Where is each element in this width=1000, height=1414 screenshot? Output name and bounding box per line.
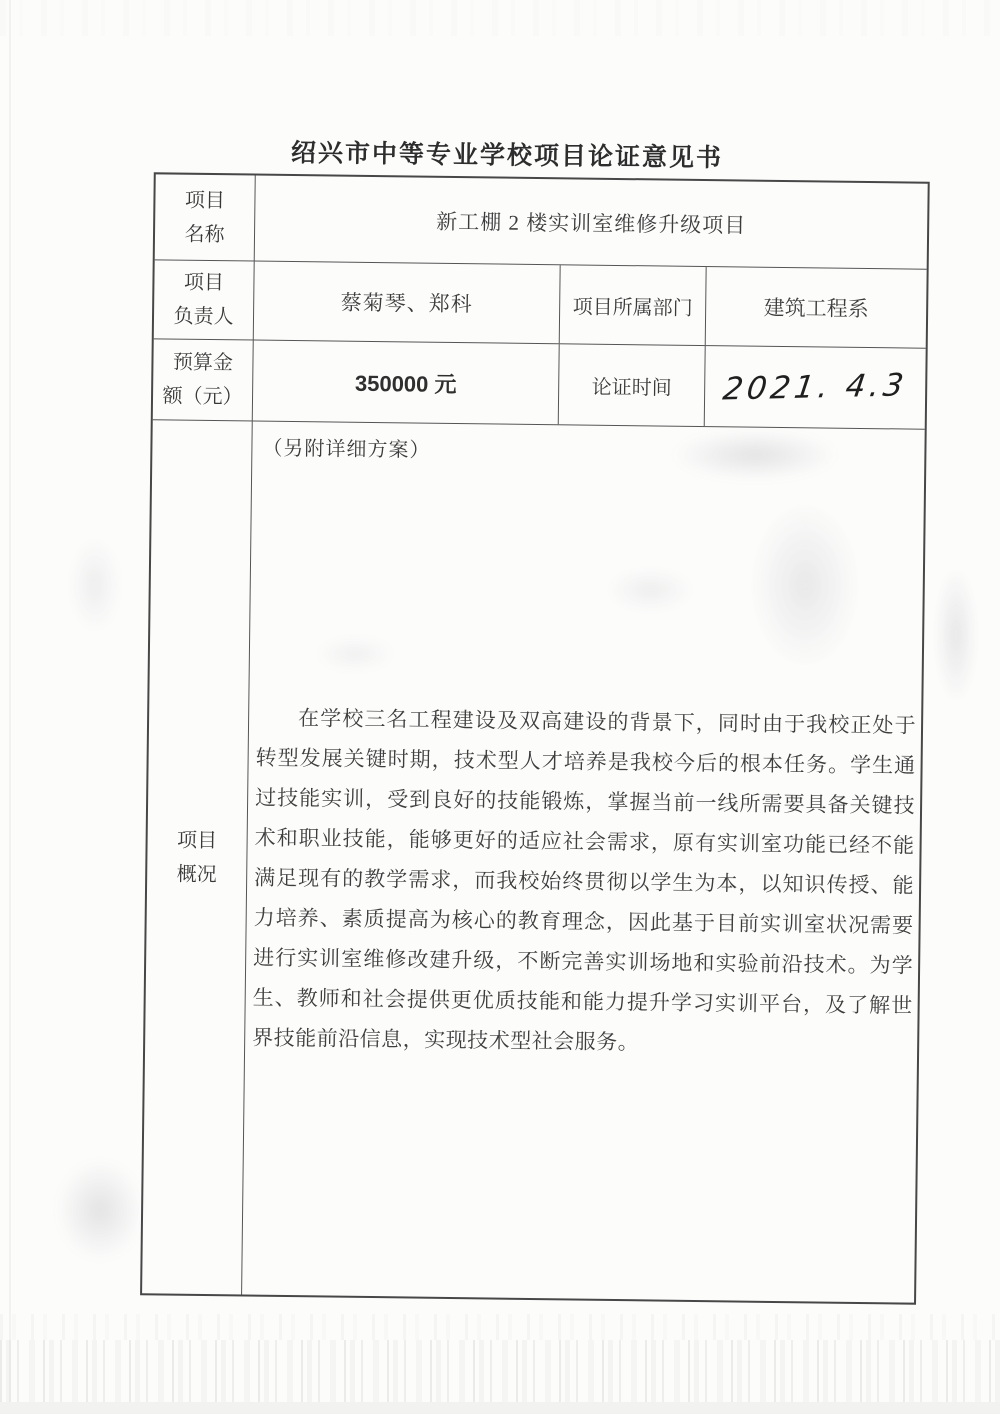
label-line: 项目 [184,273,224,293]
attached-plan-note: （另附详细方案） [262,432,430,463]
label-line: 负责人 [173,307,233,328]
document-title: 绍兴市中等专业学校项目论证意见书 [7,130,1000,178]
scan-bottom-band [0,1402,1000,1414]
review-date-value: 2021. 4.3 [705,346,926,429]
label-project-name: 项目 名称 [155,174,256,260]
label-line: 预算金 [173,353,233,374]
project-name-value: 新工棚 2 楼实训室维修升级项目 [255,176,928,269]
budget-value: 350000 元 [253,341,560,425]
project-leader-value: 蔡菊琴、郑科 [254,262,561,344]
row-project-leader: 项目 负责人 蔡菊琴、郑科 项目所属部门 建筑工程系 [154,259,927,347]
label-line: 概况 [177,864,217,884]
scanner-stripe-noise [0,1340,1000,1402]
label-budget: 预算金 额（元） [153,339,254,420]
overview-paragraph: 在学校三名工程建设及双高建设的背景下，同时由于我校正处于转型发展关键时期，技术型… [252,698,916,1066]
label-line: 项目 [185,190,225,210]
row-budget: 预算金 额（元） 350000 元 论证时间 2021. 4.3 [153,338,926,428]
project-opinion-table: 项目 名称 新工棚 2 楼实训室维修升级项目 项目 负责人 蔡菊琴、郑科 项目所… [140,172,930,1304]
label-line: 额（元） [162,386,242,407]
project-overview-content: （另附详细方案） 在学校三名工程建设及双高建设的背景下，同时由于我校正处于转型发… [242,422,925,1303]
label-project-leader: 项目 负责人 [154,260,255,339]
label-review-date: 论证时间 [559,344,706,426]
row-project-overview: 项目 概况 （另附详细方案） 在学校三名工程建设及双高建设的背景下，同时由于我校… [142,419,925,1302]
scanned-document-sheet: 绍兴市中等专业学校项目论证意见书 项目 名称 新工棚 2 楼实训室维修升级项目 … [0,0,1000,1414]
handwritten-date: 2021. 4.3 [721,367,910,407]
label-line: 名称 [184,224,224,244]
label-project-overview: 项目 概况 [142,420,253,1294]
label-line: 项目 [177,830,217,850]
label-department: 项目所属部门 [560,265,707,345]
row-project-name: 项目 名称 新工棚 2 楼实训室维修升级项目 [155,174,928,268]
paper-content: 绍兴市中等专业学校项目论证意见书 项目 名称 新工棚 2 楼实训室维修升级项目 … [0,0,1000,1414]
budget-amount: 350000 元 [355,366,457,398]
department-value: 建筑工程系 [706,267,927,348]
